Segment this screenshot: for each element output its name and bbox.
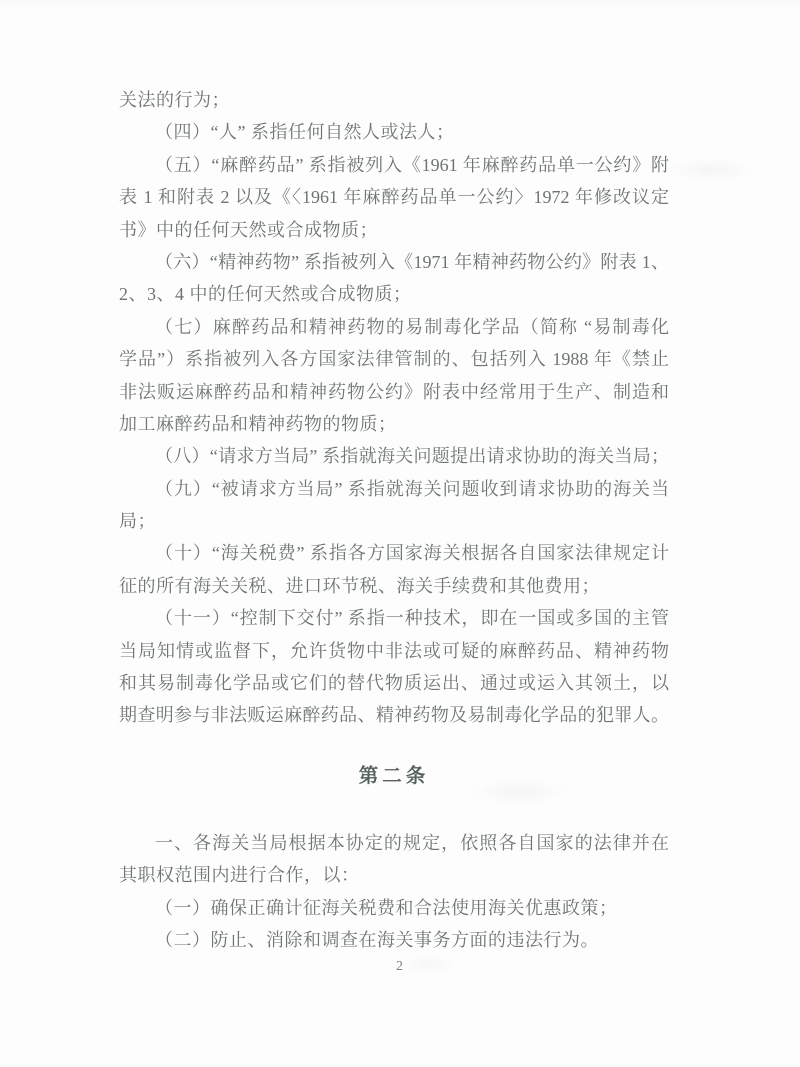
text-line: （四）“人” 系指任何自然人或法人； [119,116,669,148]
text-line: 一、各海关当局根据本协定的规定，依照各自国家的法律并在 [119,827,669,859]
text-line: 表 1 和附表 2 以及《〈1961 年麻醉药品单一公约〉1972 年修改议定 [119,181,669,213]
text-line: 和其易制毒化学品或它们的替代物质运出、通过或运入其领土，以 [119,667,669,699]
text-line: 其职权范围内进行合作，以： [119,859,669,891]
article-body-section: 一、各海关当局根据本协定的规定，依照各自国家的法律并在其职权范围内进行合作，以：… [119,827,669,957]
text-line: （六）“精神药物” 系指被列入《1971 年精神药物公约》附表 1、 [119,246,669,278]
text-line: 加工麻醉药品和精神药物的物质； [119,408,669,440]
article-heading: 第二条 [119,761,669,793]
text-line: （七）麻醉药品和精神药物的易制毒化学品（简称 “易制毒化 [119,311,669,343]
text-line: （八）“请求方当局” 系指就海关问题提出请求协助的海关当局； [119,440,669,472]
text-line: 征的所有海关关税、进口环节税、海关手续费和其他费用； [119,570,669,602]
text-line: （五）“麻醉药品” 系指被列入《1961 年麻醉药品单一公约》附 [119,149,669,181]
text-line: （一）确保正确计征海关税费和合法使用海关优惠政策； [119,892,669,924]
page-number: 2 [0,955,800,979]
text-line: 期查明参与非法贩运麻醉药品、精神药物及易制毒化学品的犯罪人。 [119,699,669,731]
text-line: 当局知情或监督下，允许货物中非法或可疑的麻醉药品、精神药物 [119,635,669,667]
text-line: 2、3、4 中的任何天然或合成物质； [119,278,669,310]
text-line: 局； [119,505,669,537]
definitions-section: 关法的行为；（四）“人” 系指任何自然人或法人；（五）“麻醉药品” 系指被列入《… [119,84,669,732]
text-line: （九）“被请求方当局” 系指就海关问题收到请求协助的海关当 [119,473,669,505]
text-line: 非法贩运麻醉药品和精神药物公约》附表中经常用于生产、制造和 [119,376,669,408]
text-line: （十）“海关税费” 系指各方国家海关根据各自国家法律规定计 [119,537,669,569]
text-line: 书》中的任何天然或合成物质； [119,214,669,246]
text-line: 学品”）系指被列入各方国家法律管制的、包括列入 1988 年《禁止 [119,343,669,375]
text-line: 关法的行为； [119,84,669,116]
text-line: （十一）“控制下交付” 系指一种技术，即在一国或多国的主管 [119,602,669,634]
text-line: （二）防止、消除和调查在海关事务方面的违法行为。 [119,924,669,956]
scanned-document-page: 关法的行为；（四）“人” 系指任何自然人或法人；（五）“麻醉药品” 系指被列入《… [0,0,800,1067]
